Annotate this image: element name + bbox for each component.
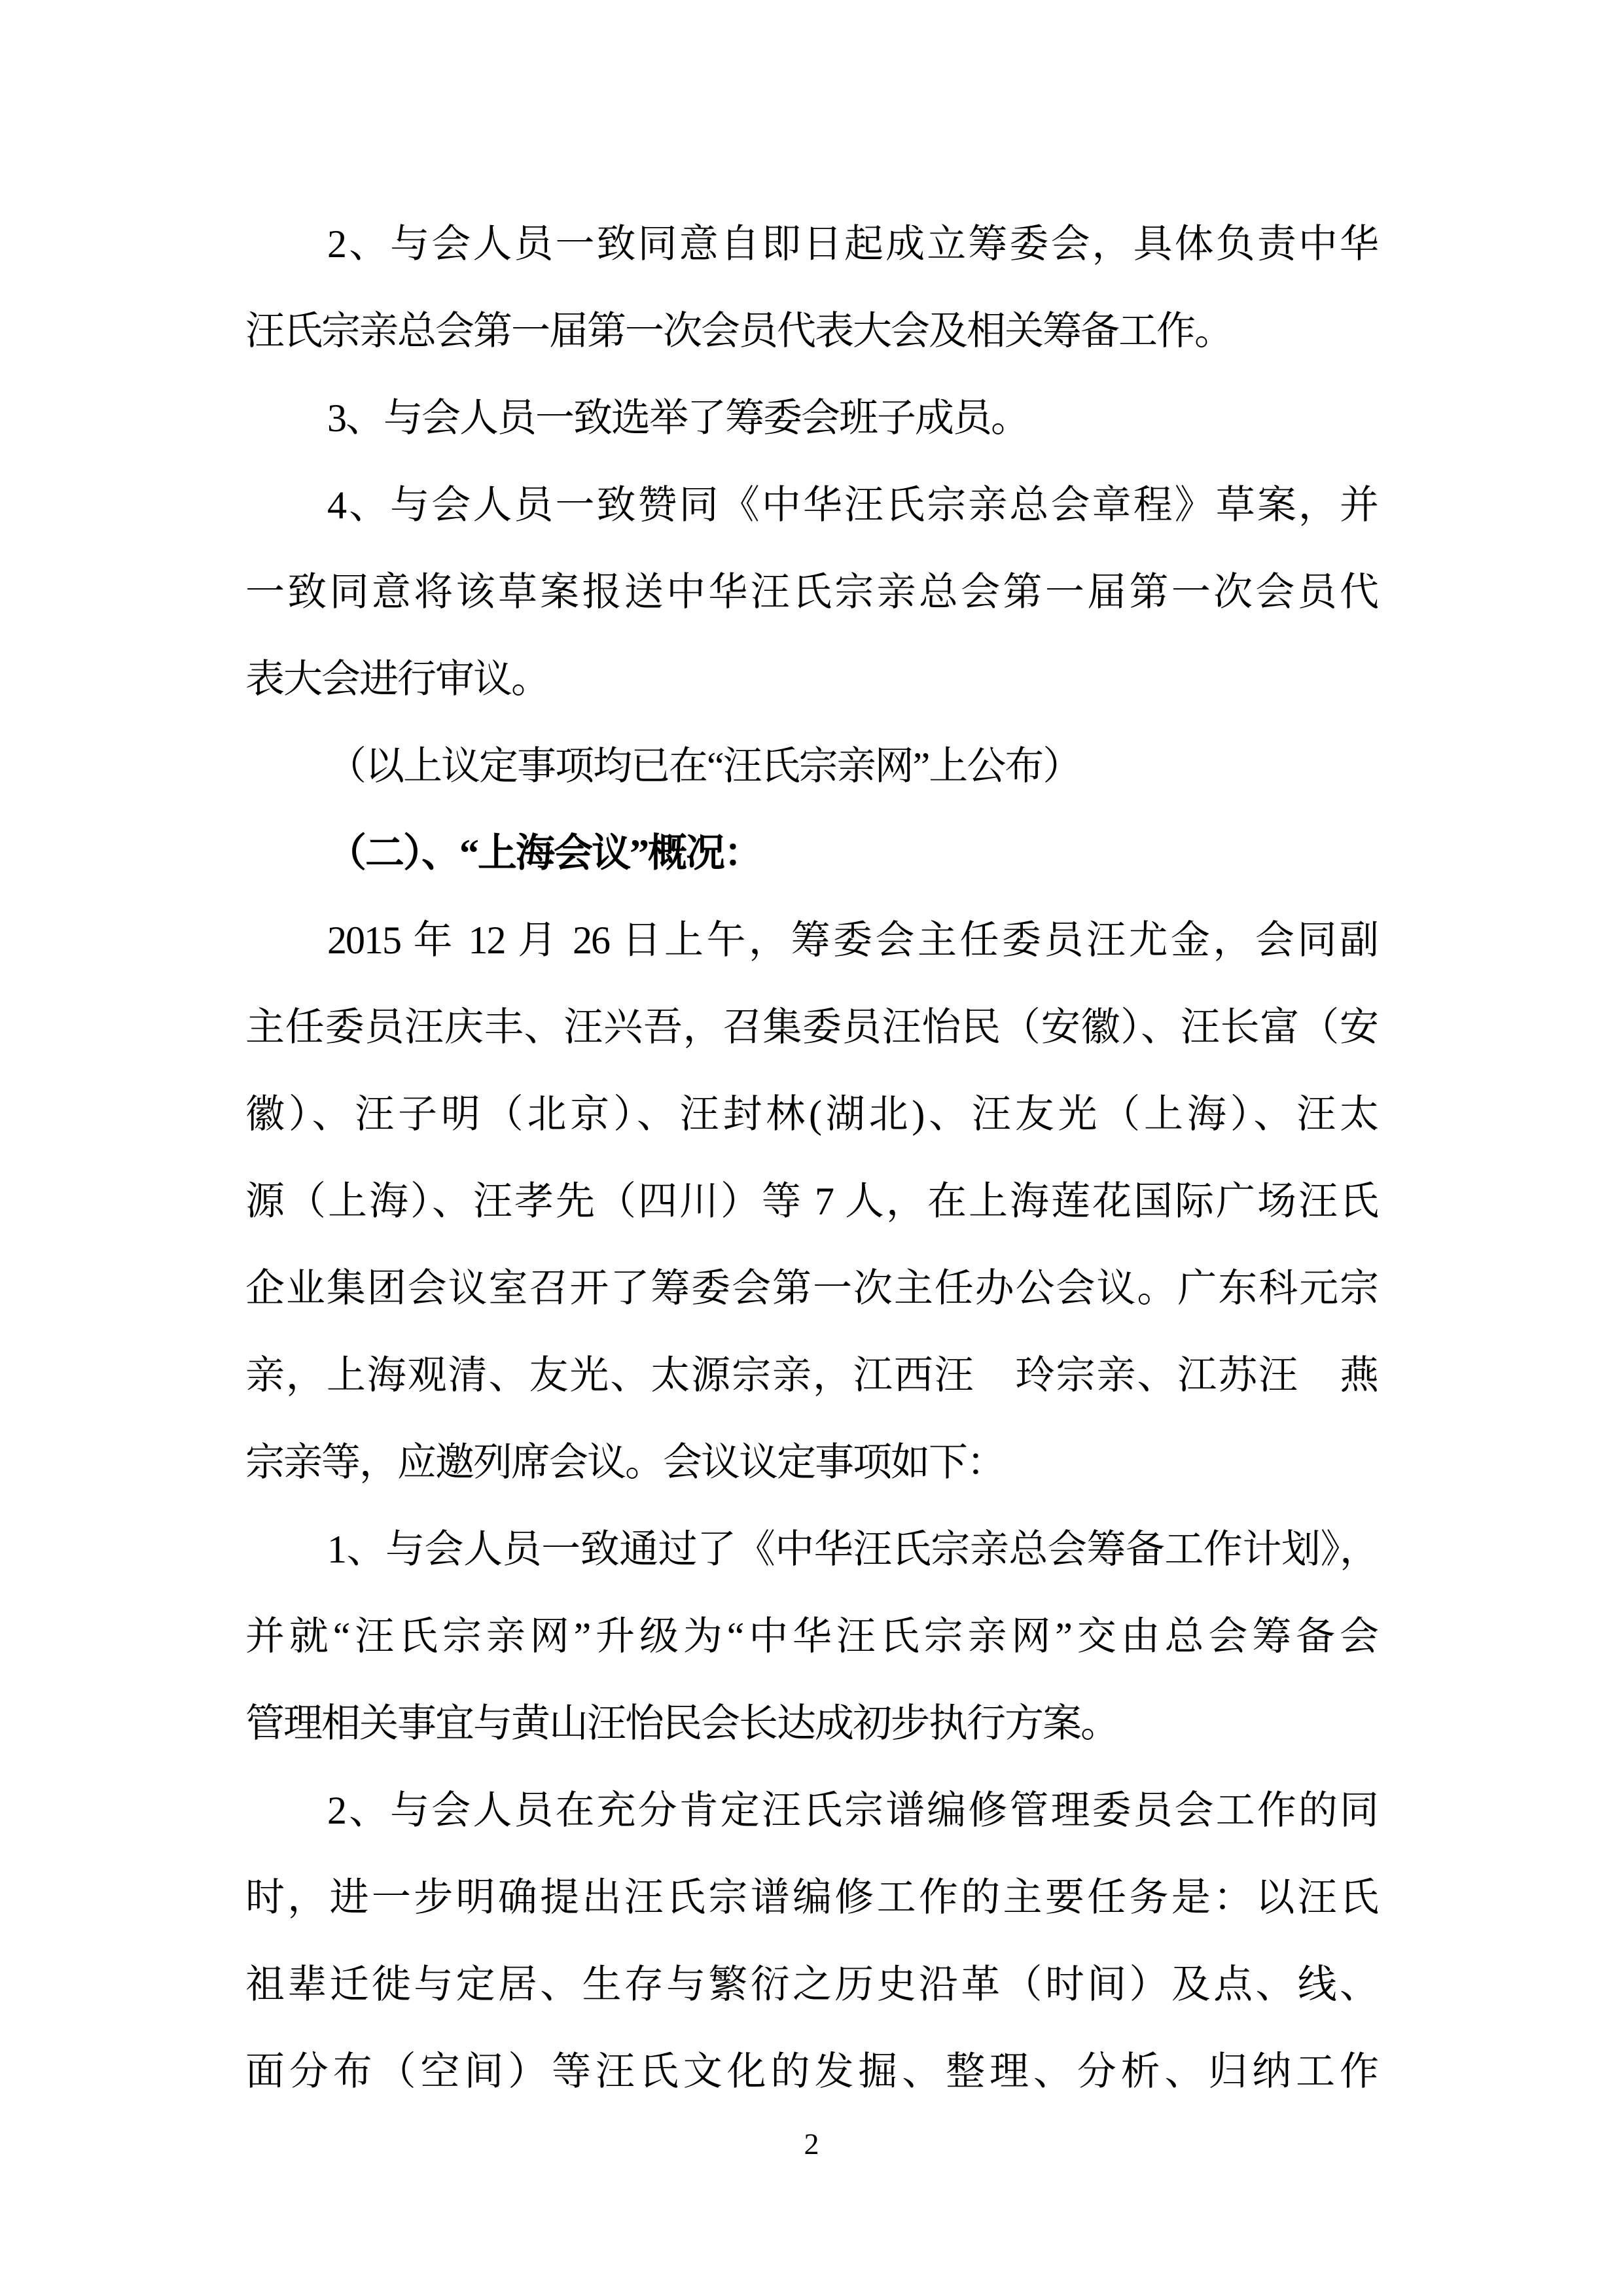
text-line: 2、与会人员一致同意自即日起成立筹委会，具体负责中华 [245, 201, 1378, 288]
text-line: 2015 年 12 月 26 日上午，筹委会主任委员汪尤金，会同副 [245, 897, 1378, 984]
text-line: 面分布（空间）等汪氏文化的发掘、整理、分析、归纳工作 [245, 2028, 1378, 2115]
text-line: 1、与会人员一致通过了《中华汪氏宗亲总会筹备工作计划》， [245, 1506, 1378, 1593]
text-line: 徽）、汪子明（北京）、汪封林(湖北)、汪友光（上海）、汪太 [245, 1071, 1378, 1158]
page-number: 2 [0, 2121, 1623, 2167]
document-page: 2、与会人员一致同意自即日起成立筹委会，具体负责中华汪氏宗亲总会第一届第一次会员… [0, 0, 1623, 2296]
text-line: 2、与会人员在充分肯定汪氏宗谱编修管理委员会工作的同 [245, 1767, 1378, 1854]
text-line: 表大会进行审议。 [245, 636, 1378, 723]
text-line: 祖辈迁徙与定居、生存与繁衍之历史沿革（时间）及点、线、 [245, 1941, 1378, 2028]
text-line: 时，进一步明确提出汪氏宗谱编修工作的主要任务是：以汪氏 [245, 1854, 1378, 1941]
text-line: 宗亲等，应邀列席会议。会议议定事项如下： [245, 1419, 1378, 1506]
text-line: 亲，上海观清、友光、太源宗亲，江西汪 玲宗亲、江苏汪 燕 [245, 1332, 1378, 1419]
text-line: 4、与会人员一致赞同《中华汪氏宗亲总会章程》草案，并 [245, 462, 1378, 549]
text-line: 企业集团会议室召开了筹委会第一次主任办公会议。广东科元宗 [245, 1245, 1378, 1332]
text-line: 一致同意将该草案报送中华汪氏宗亲总会第一届第一次会员代 [245, 549, 1378, 636]
text-line: （二）、“上海会议”概况： [245, 810, 1378, 897]
text-line: 主任委员汪庆丰、汪兴吾，召集委员汪怡民（安徽）、汪长富（安 [245, 984, 1378, 1071]
document-body: 2、与会人员一致同意自即日起成立筹委会，具体负责中华汪氏宗亲总会第一届第一次会员… [245, 201, 1378, 2115]
text-line: 管理相关事宜与黄山汪怡民会长达成初步执行方案。 [245, 1680, 1378, 1767]
text-line: 源（上海）、汪孝先（四川）等 7 人，在上海莲花国际广场汪氏 [245, 1158, 1378, 1245]
text-line: 3、与会人员一致选举了筹委会班子成员。 [245, 375, 1378, 462]
text-line: 汪氏宗亲总会第一届第一次会员代表大会及相关筹备工作。 [245, 288, 1378, 375]
text-line: 并就“汪氏宗亲网”升级为“中华汪氏宗亲网”交由总会筹备会 [245, 1593, 1378, 1680]
text-line: （以上议定事项均已在“汪氏宗亲网”上公布） [245, 723, 1378, 810]
